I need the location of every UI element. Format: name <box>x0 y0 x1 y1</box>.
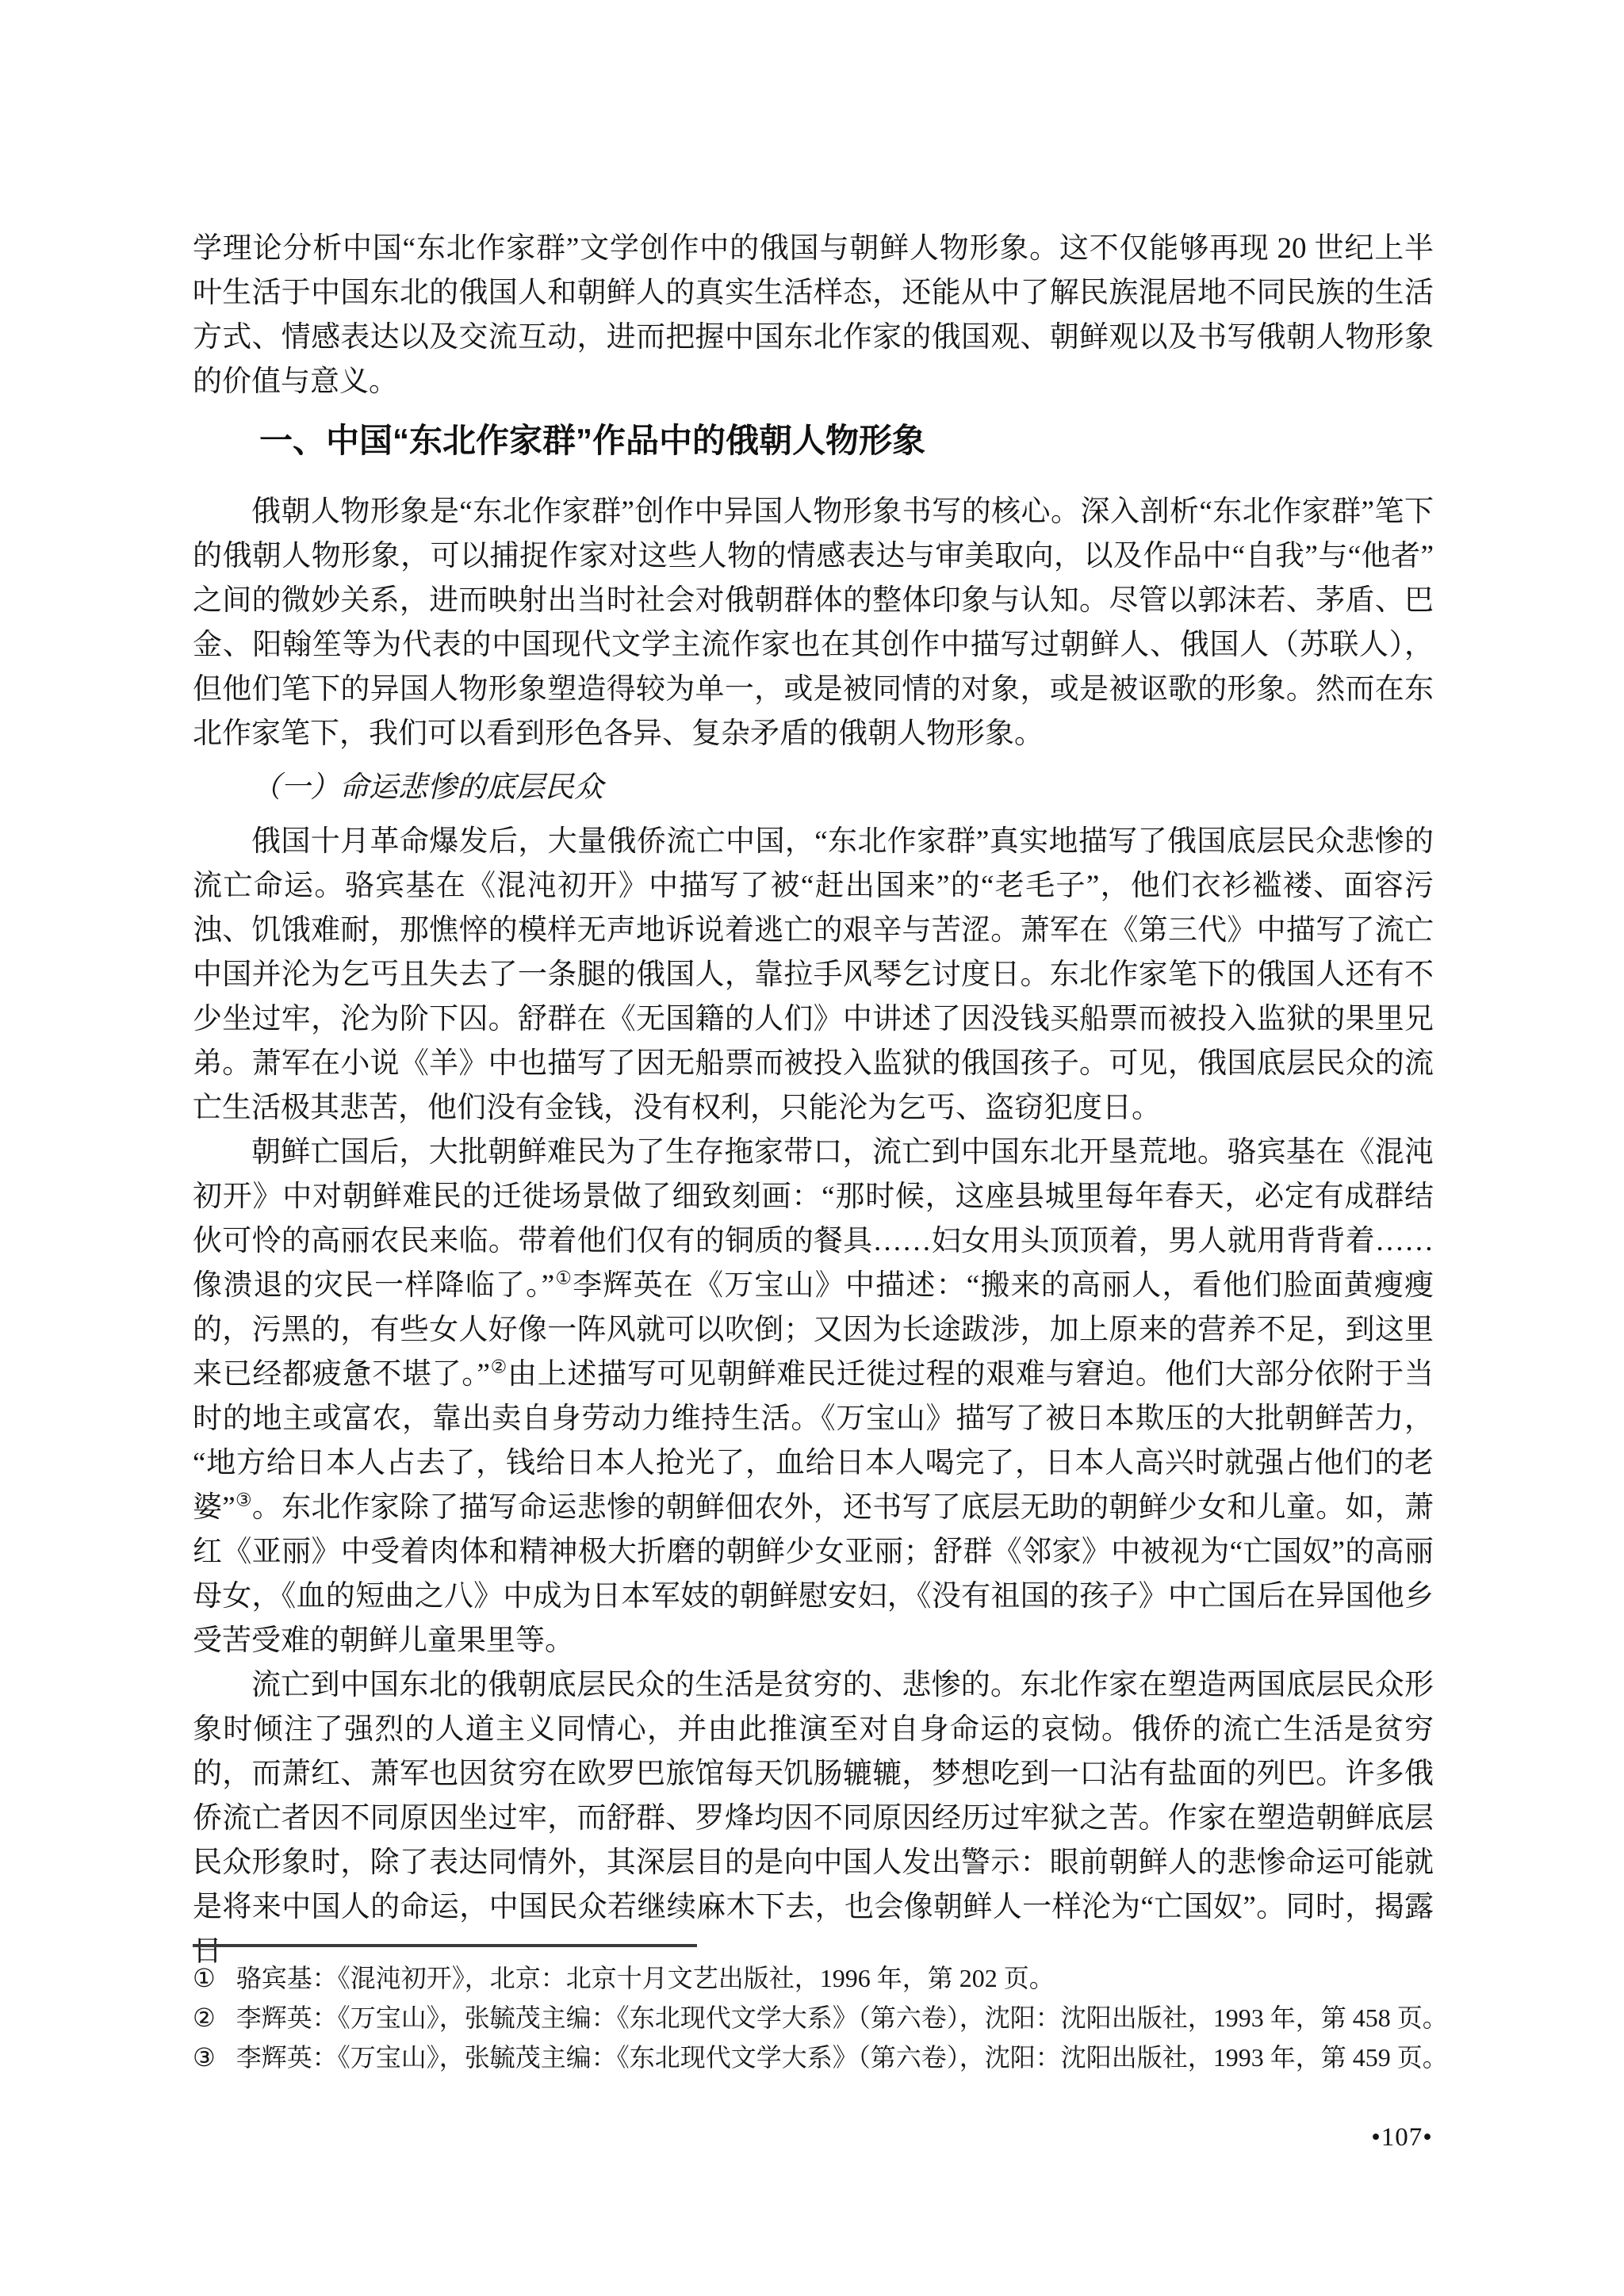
text-run: 。东北作家除了描写命运悲惨的朝鲜佃农外，还书写了底层无助的朝鲜少女和儿童。如，萧… <box>193 1491 1434 1657</box>
footnote: ①骆宾基：《混沌初开》，北京：北京十月文艺出版社，1996 年，第 202 页。 <box>193 1958 1434 1998</box>
paragraph-section-intro: 俄朝人物形象是“东北作家群”创作中异国人物形象书写的核心。深入剖析“东北作家群”… <box>193 490 1434 756</box>
page-content: 学理论分析中国“东北作家群”文学创作中的俄国与朝鲜人物形象。这不仅能够再现 20… <box>193 227 1434 1974</box>
paragraph: 俄国十月革命爆发后，大量俄侨流亡中国，“东北作家群”真实地描写了俄国底层民众悲惨… <box>193 820 1434 1131</box>
footnote-divider <box>193 1944 697 1947</box>
footnote-text: 骆宾基：《混沌初开》，北京：北京十月文艺出版社，1996 年，第 202 页。 <box>236 1964 1055 1992</box>
footnote: ②李辉英：《万宝山》，张毓茂主编：《东北现代文学大系》（第六卷），沈阳：沈阳出版… <box>193 1998 1434 2038</box>
text-run: 流亡到中国东北的俄朝底层民众的生活是贫穷的、悲惨的。东北作家在塑造两国底层民众形… <box>193 1669 1434 1968</box>
paragraph: 流亡到中国东北的俄朝底层民众的生活是贫穷的、悲惨的。东北作家在塑造两国底层民众形… <box>193 1663 1434 1974</box>
footnote-marker: ③ <box>193 2038 216 2077</box>
section-heading: 一、中国“东北作家群”作品中的俄朝人物形象 <box>193 419 1434 463</box>
footnote-ref: ② <box>490 1357 507 1377</box>
document-page: 学理论分析中国“东北作家群”文学创作中的俄国与朝鲜人物形象。这不仅能够再现 20… <box>0 0 1624 2296</box>
subsection-heading: （一）命运悲惨的底层民众 <box>193 766 1434 810</box>
footnote: ③李辉英：《万宝山》，张毓茂主编：《东北现代文学大系》（第六卷），沈阳：沈阳出版… <box>193 2038 1434 2077</box>
text-run: 俄国十月革命爆发后，大量俄侨流亡中国，“东北作家群”真实地描写了俄国底层民众悲惨… <box>193 825 1434 1124</box>
footnote-text: 李辉英：《万宝山》，张毓茂主编：《东北现代文学大系》（第六卷），沈阳：沈阳出版社… <box>236 2043 1448 2072</box>
footnote-marker: ① <box>193 1958 216 1998</box>
footnote-ref: ③ <box>236 1490 252 1510</box>
paragraph: 朝鲜亡国后，大批朝鲜难民为了生存拖家带口，流亡到中国东北开垦荒地。骆宾基在《混沌… <box>193 1131 1434 1663</box>
page-number: •107• <box>1346 2123 1457 2152</box>
body-paragraphs: 俄国十月革命爆发后，大量俄侨流亡中国，“东北作家群”真实地描写了俄国底层民众悲惨… <box>193 820 1434 1974</box>
footnotes-section: ①骆宾基：《混沌初开》，北京：北京十月文艺出版社，1996 年，第 202 页。… <box>193 1944 1434 2077</box>
paragraph-continuation: 学理论分析中国“东北作家群”文学创作中的俄国与朝鲜人物形象。这不仅能够再现 20… <box>193 227 1434 404</box>
footnote-ref: ① <box>554 1269 573 1288</box>
footnote-marker: ② <box>193 1998 216 2038</box>
footnote-list: ①骆宾基：《混沌初开》，北京：北京十月文艺出版社，1996 年，第 202 页。… <box>193 1958 1434 2077</box>
footnote-text: 李辉英：《万宝山》，张毓茂主编：《东北现代文学大系》（第六卷），沈阳：沈阳出版社… <box>236 2003 1448 2032</box>
